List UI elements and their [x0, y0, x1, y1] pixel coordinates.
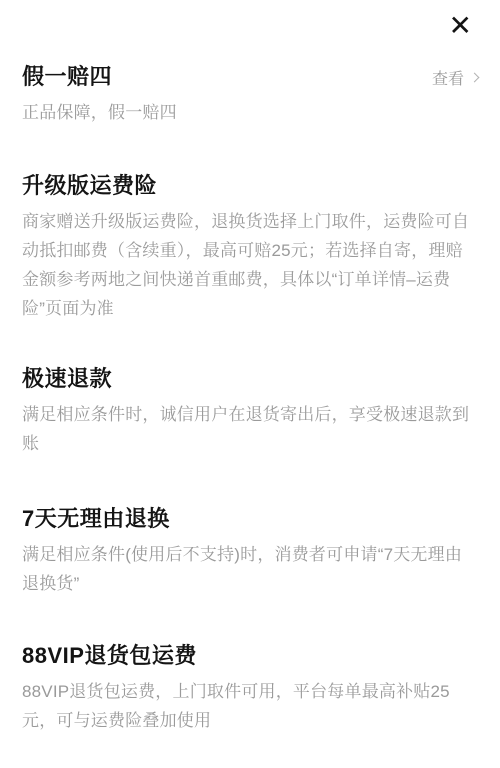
chevron-right-icon: [470, 72, 480, 82]
section-instant-refund: 极速退款 满足相应条件时，诚信用户在退货寄出后，享受极速退款到 账: [22, 366, 478, 458]
section-desc: 满足相应条件时，诚信用户在退货寄出后，享受极速退款到 账: [22, 400, 478, 458]
section-title: 升级版运费险: [22, 173, 478, 199]
section-desc: 商家赠送升级版运费险，退换货选择上门取件，运费险可自 动抵扣邮费（含续重），最高…: [22, 207, 478, 323]
service-guarantee-sheet: ✕ 假一赔四 查看 正品保障，假一赔四 升级版运费险 商家赠送升级版运费险，退换…: [0, 0, 500, 768]
section-desc: 满足相应条件(使用后不支持)时，消费者可申请“7天无理由 退换货”: [22, 540, 478, 598]
view-link-label: 查看: [432, 66, 464, 89]
section-title: 极速退款: [22, 366, 478, 392]
close-button[interactable]: ✕: [447, 10, 474, 42]
section-upgraded-shipping-insurance: 升级版运费险 商家赠送升级版运费险，退换货选择上门取件，运费险可自 动抵扣邮费（…: [22, 173, 478, 323]
section-title-row: 假一赔四 查看: [22, 64, 478, 90]
section-title: 假一赔四: [22, 64, 112, 90]
section-7day-no-reason-return: 7天无理由退换 满足相应条件(使用后不支持)时，消费者可申请“7天无理由 退换货…: [22, 506, 478, 598]
section-title: 7天无理由退换: [22, 506, 478, 532]
sheet-content: 假一赔四 查看 正品保障，假一赔四 升级版运费险 商家赠送升级版运费险，退换货选…: [0, 64, 500, 735]
section-fake-one-compensate-four: 假一赔四 查看 正品保障，假一赔四: [22, 64, 478, 127]
section-desc: 88VIP退货包运费，上门取件可用，平台每单最高补贴25 元，可与运费险叠加使用: [22, 677, 478, 735]
section-desc: 正品保障，假一赔四: [22, 98, 478, 127]
close-icon: ✕: [449, 10, 472, 41]
section-title: 88VIP退货包运费: [22, 643, 478, 669]
section-88vip-free-return-shipping: 88VIP退货包运费 88VIP退货包运费，上门取件可用，平台每单最高补贴25 …: [22, 643, 478, 735]
view-link[interactable]: 查看: [432, 66, 478, 89]
